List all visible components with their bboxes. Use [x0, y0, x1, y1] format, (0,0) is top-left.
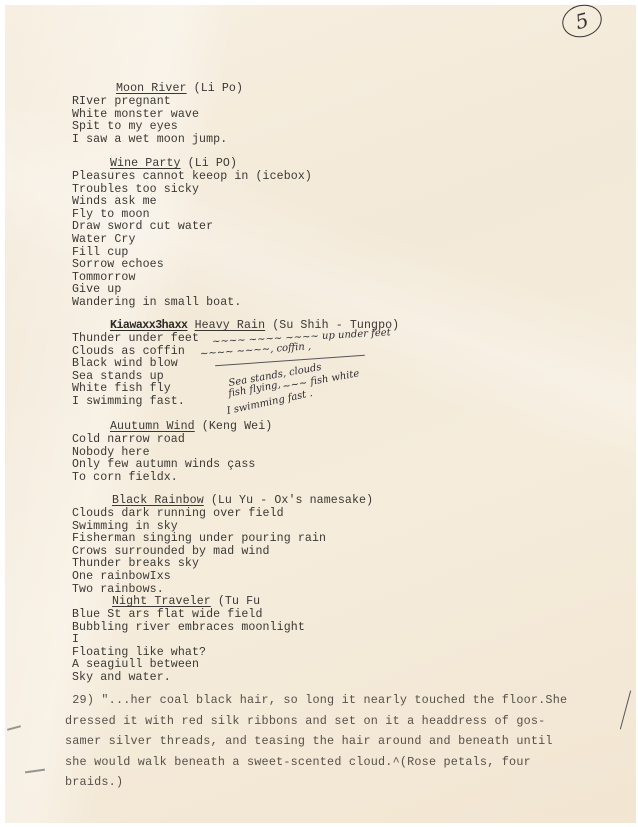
struck-out-text: Kiawaxx3haxx — [110, 319, 188, 332]
poem-wine-party: Pleasures cannot keeop in (icebox)Troubl… — [72, 171, 312, 310]
poem-night-traveler: Blue St ars flat wide fieldBubbling rive… — [72, 609, 305, 685]
poem-moon-river: RIver pregnantWhite monster waveSpit to … — [72, 96, 227, 146]
note-29-paragraph: 29) "...her coal black hair, so long it … — [65, 690, 567, 793]
poem-title: Moon River (Li Po) — [116, 83, 243, 96]
poem-black-rainbow: Clouds dark running over fieldSwimming i… — [72, 508, 326, 596]
poem-heavy-rain: Thunder under feetClouds as coffinBlack … — [72, 333, 199, 409]
poem-autumn-wind: Cold narrow roadNobody hereOnly few autu… — [72, 434, 256, 484]
poem-title: Auutumn Wind (Keng Wei) — [110, 421, 272, 434]
poem-title: Black Rainbow (Lu Yu - Ox's namesake) — [112, 495, 373, 508]
poem-title: Wine Party (Li PO) — [110, 158, 237, 171]
poem-title: Night Traveler (Tu Fu — [112, 596, 260, 609]
